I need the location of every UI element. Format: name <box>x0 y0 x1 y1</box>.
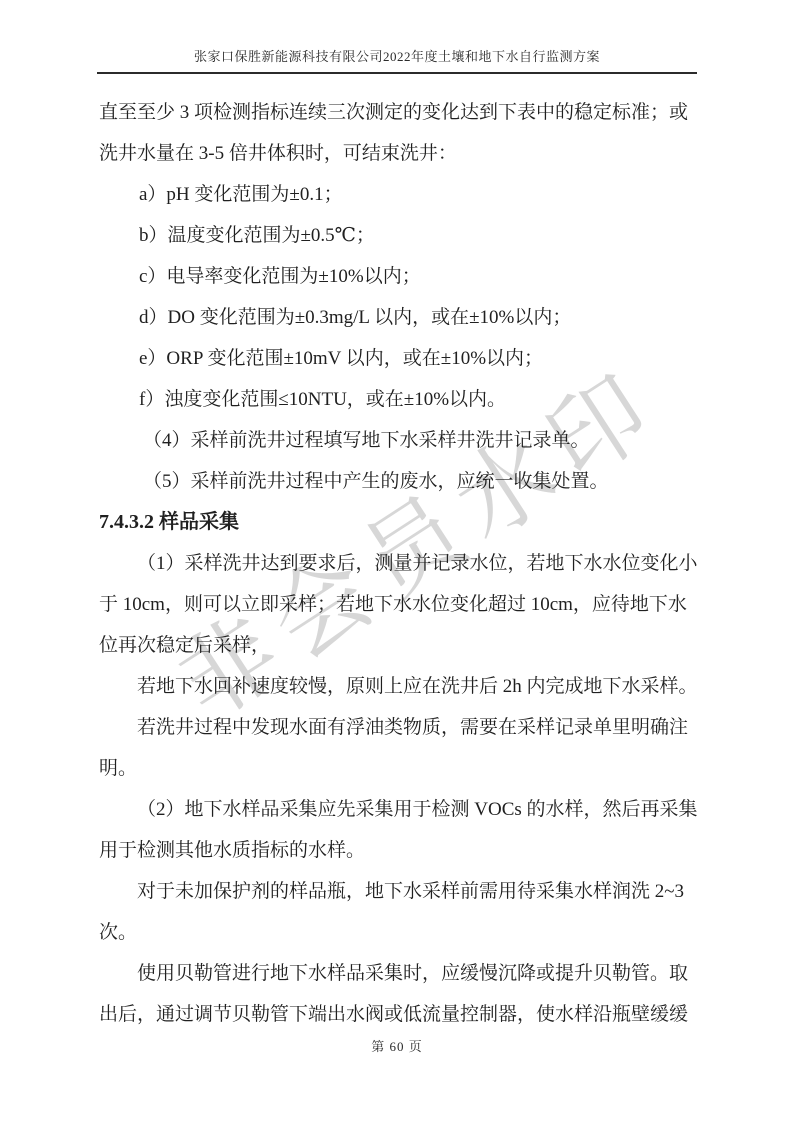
text-line: 若洗井过程中发现水面有浮油类物质，需要在采样记录单里明确注 <box>99 707 697 748</box>
document-body: 直至至少 3 项检测指标连续三次测定的变化达到下表中的稳定标准；或洗井水量在 3… <box>99 92 697 1035</box>
text-line: 对于未加保护剂的样品瓶，地下水采样前需用待采集水样润洗 2~3 <box>99 871 697 912</box>
text-line: （5）采样前洗井过程中产生的废水，应统一收集处置。 <box>99 461 697 502</box>
section-heading: 7.4.3.2 样品采集 <box>99 502 697 543</box>
text-line: e）ORP 变化范围±10mV 以内，或在±10%以内； <box>99 338 697 379</box>
document-page: 张家口保胜新能源科技有限公司2022年度土壤和地下水自行监测方案 非会员水印 直… <box>0 0 794 1123</box>
text-line: （4）采样前洗井过程填写地下水采样井洗井记录单。 <box>99 420 697 461</box>
paragraph: （1）采样洗井达到要求后，测量并记录水位，若地下水水位变化小于 10cm，则可以… <box>99 543 697 666</box>
paragraph: b）温度变化范围为±0.5℃； <box>99 215 697 256</box>
text-line: f）浊度变化范围≤10NTU，或在±10%以内。 <box>99 379 697 420</box>
paragraph: 对于未加保护剂的样品瓶，地下水采样前需用待采集水样润洗 2~3次。 <box>99 871 697 953</box>
text-line: 出后，通过调节贝勒管下端出水阀或低流量控制器，使水样沿瓶壁缓缓 <box>99 994 697 1035</box>
text-line: 明。 <box>99 748 697 789</box>
page-number: 第 60 页 <box>0 1036 794 1055</box>
text-line: 7.4.3.2 样品采集 <box>99 502 697 543</box>
text-line: 若地下水回补速度较慢，原则上应在洗井后 2h 内完成地下水采样。 <box>99 666 697 707</box>
text-line: 于 10cm，则可以立即采样；若地下水水位变化超过 10cm，应待地下水 <box>99 584 697 625</box>
text-line: 位再次稳定后采样， <box>99 625 697 666</box>
paragraph: （4）采样前洗井过程填写地下水采样井洗井记录单。 <box>99 420 697 461</box>
text-line: 用于检测其他水质指标的水样。 <box>99 830 697 871</box>
page-header-title: 张家口保胜新能源科技有限公司2022年度土壤和地下水自行监测方案 <box>97 46 697 74</box>
paragraph: d）DO 变化范围为±0.3mg/L 以内，或在±10%以内； <box>99 297 697 338</box>
paragraph: （2）地下水样品采集应先采集用于检测 VOCs 的水样，然后再采集用于检测其他水… <box>99 789 697 871</box>
paragraph: 直至至少 3 项检测指标连续三次测定的变化达到下表中的稳定标准；或洗井水量在 3… <box>99 92 697 174</box>
text-line: a）pH 变化范围为±0.1； <box>99 174 697 215</box>
text-line: 使用贝勒管进行地下水样品采集时，应缓慢沉降或提升贝勒管。取 <box>99 953 697 994</box>
paragraph: f）浊度变化范围≤10NTU，或在±10%以内。 <box>99 379 697 420</box>
paragraph: c）电导率变化范围为±10%以内； <box>99 256 697 297</box>
paragraph: 使用贝勒管进行地下水样品采集时，应缓慢沉降或提升贝勒管。取出后，通过调节贝勒管下… <box>99 953 697 1035</box>
paragraph: 若地下水回补速度较慢，原则上应在洗井后 2h 内完成地下水采样。 <box>99 666 697 707</box>
paragraph: a）pH 变化范围为±0.1； <box>99 174 697 215</box>
paragraph: （5）采样前洗井过程中产生的废水，应统一收集处置。 <box>99 461 697 502</box>
text-line: d）DO 变化范围为±0.3mg/L 以内，或在±10%以内； <box>99 297 697 338</box>
text-line: （2）地下水样品采集应先采集用于检测 VOCs 的水样，然后再采集 <box>99 789 697 830</box>
text-line: 洗井水量在 3-5 倍井体积时，可结束洗井： <box>99 133 697 174</box>
text-line: c）电导率变化范围为±10%以内； <box>99 256 697 297</box>
paragraph: 若洗井过程中发现水面有浮油类物质，需要在采样记录单里明确注明。 <box>99 707 697 789</box>
text-line: 次。 <box>99 912 697 953</box>
text-line: 直至至少 3 项检测指标连续三次测定的变化达到下表中的稳定标准；或 <box>99 92 697 133</box>
text-line: b）温度变化范围为±0.5℃； <box>99 215 697 256</box>
paragraph: e）ORP 变化范围±10mV 以内，或在±10%以内； <box>99 338 697 379</box>
text-line: （1）采样洗井达到要求后，测量并记录水位，若地下水水位变化小 <box>99 543 697 584</box>
